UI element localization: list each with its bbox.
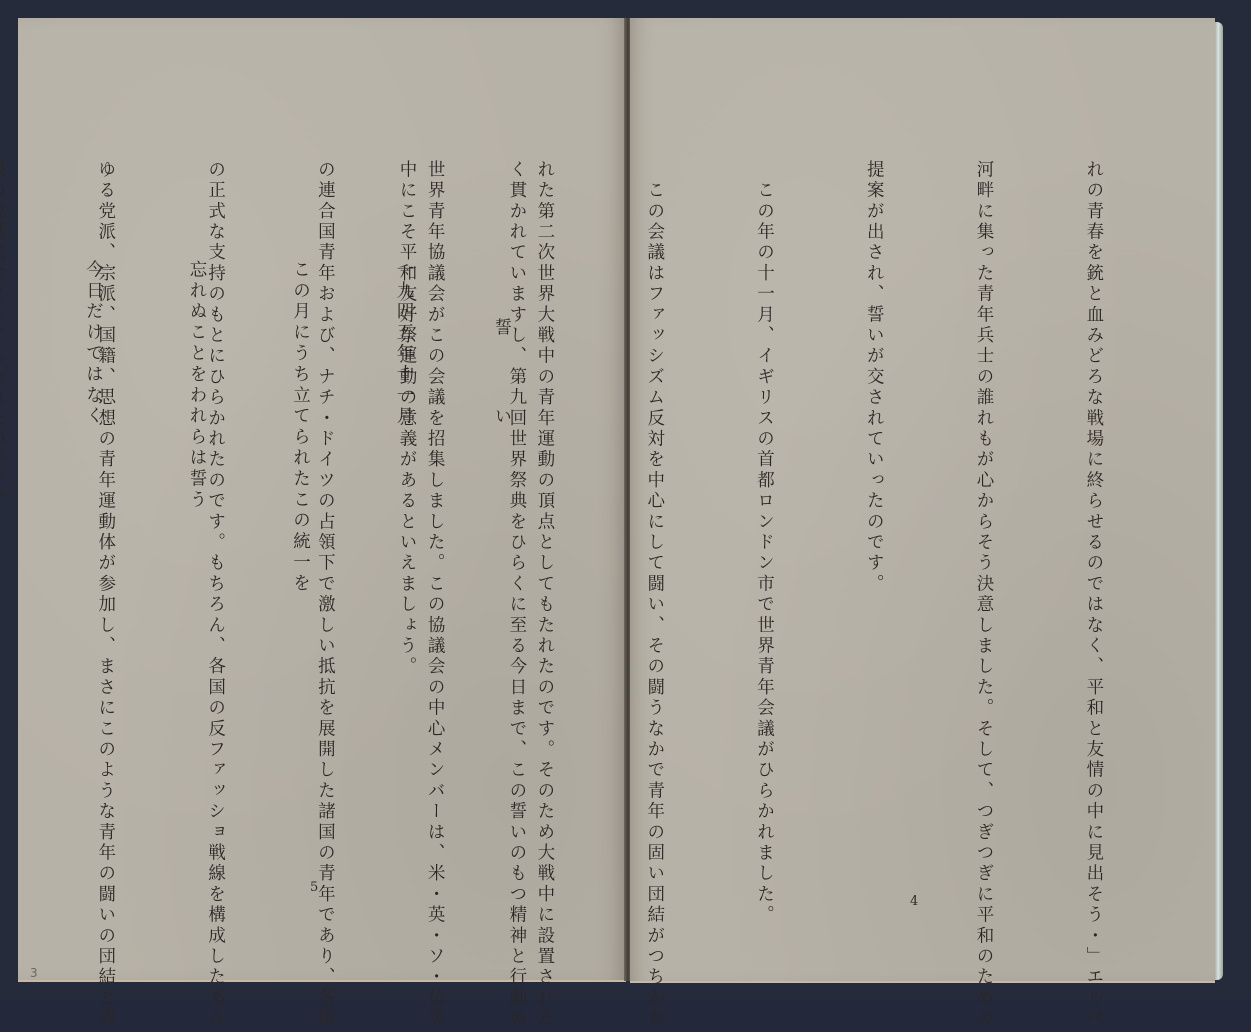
- text-column: この年の十一月、イギリスの首都ロンドン市で世界青年会議がひらかれました。: [746, 160, 783, 900]
- text-column: の正式な支持のもとにひらかれたのです。もちろん、各国の反ファッショ戦線を構成した…: [197, 160, 234, 900]
- text-column: 提案が出され、誓いが交されていったのです。: [856, 160, 893, 900]
- text-column: ゆる党派、宗派、国籍、思想の青年運動体が参加し、まさにこのような青年の闘いの団結…: [87, 160, 124, 900]
- right-page-body: れの青春を銃と血みどろな戦場に終らせるのではなく、平和と友情の中に見出そう・」エ…: [0, 160, 1185, 900]
- page-stack-edge: [1215, 22, 1223, 980]
- text-column: 世界青年協議会がこの会議を招集しました。この協議会の中心メンバーは、米・英・ソ・…: [417, 160, 454, 900]
- right-page: れの青春を銃と血みどろな戦場に終らせるのではなく、平和と友情の中に見出そう・」エ…: [630, 18, 1215, 983]
- book-spread: く貫かれていますし、第九回世界祭典をひらくに至る今日まで、この誓いのもつ精神と行…: [0, 0, 1251, 1000]
- text-column: の連合国青年および、ナチ・ドイツの占領下で激しい抵抗を展開した諸国の青年であり、…: [307, 160, 344, 900]
- text-column: れの青春を銃と血みどろな戦場に終らせるのではなく、平和と友情の中に見出そう・」エ…: [1075, 160, 1112, 900]
- pencil-margin-mark: 3: [30, 966, 38, 980]
- text-column: れた第二次世界大戦中の青年運動の頂点としてもたれたのです。そのため大戦中に設置さ…: [526, 160, 563, 900]
- text-column: 河畔に集った青年兵士の誰れもが心からそう決意しました。そして、つぎつぎに平和のた…: [965, 160, 1002, 900]
- text-column: この会議はファッシズム反対を中心にして闘い、その闘うなかで青年の固い団結がつちか…: [636, 160, 673, 900]
- page-number: 4: [910, 894, 918, 909]
- text-column: 果の総括集会としてもたれたのです。: [0, 160, 14, 900]
